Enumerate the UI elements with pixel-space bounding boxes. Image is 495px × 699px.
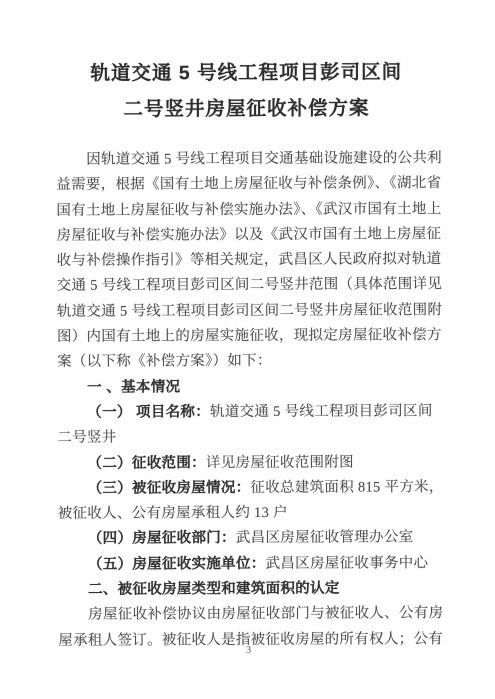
text-run: 武昌区房屋征收管理办公室 [236,530,414,547]
text-line: 二号竖井 [57,424,449,451]
text-line: 交通 5 号线工程项目彭司区间二号竖井范围（具体范围详见 [57,273,449,300]
document-body: 因轨道交通 5 号线工程项目交通基础设施建设的公共利益需要，根据《国有土地上房屋… [56,146,450,654]
text-line: （二）征收范围：详见房屋征收范围附图 [57,450,449,477]
text-run: 二号竖井 [57,430,116,446]
text-run: 武昌区房屋征收事务中心 [266,555,429,572]
text-line: 房屋征收补偿协议由房屋征收部门与被征收人、公有房 [58,601,450,628]
text-line: 案（以下称《补偿方案》）如下： [57,348,449,375]
bold-text-run: （三）被征收房屋情况： [88,480,251,497]
text-run: 国有土地上房屋征收与补偿实施办法》、《武汉市国有土地上 [56,201,441,219]
text-line: 图）内国有土地上的房屋实施征收，现拟定房屋征收补偿方 [57,323,449,350]
text-line: 二、被征收房屋类型和建筑面积的认定 [58,576,450,603]
document-title-line-1: 轨道交通 5 号线工程项目彭司区间 [0,54,494,92]
text-run: 被征收人、公有房屋承租人约 13 户 [58,505,288,522]
text-run: 图）内国有土地上的房屋实施征收，现拟定房屋征收补偿方 [57,327,442,345]
text-line: 收与补偿操作指引》等相关规定，武昌区人民政府拟对轨道 [57,247,449,274]
bold-text-run: 二、被征收房屋类型和建筑面积的认定 [88,581,340,598]
text-line: 房屋征收与补偿实施办法》以及《武汉市国有土地上房屋征 [56,222,448,249]
page-number: 3 [1,644,495,657]
text-line: 被征收人、公有房屋承租人约 13 户 [58,500,450,527]
bold-text-run: 一 、基本情况 [87,379,180,395]
text-line: 益需要，根据《国有土地上房屋征收与补偿条例》、《湖北省 [56,171,448,198]
bold-text-run: （四）房屋征收部门： [88,531,236,548]
text-line: 一 、基本情况 [57,374,449,401]
text-run: 因轨道交通 5 号线工程项目交通基础设施建设的公共利 [86,150,442,168]
text-run: 征收总建筑面积 815 平方米， [250,479,443,496]
text-line: 因轨道交通 5 号线工程项目交通基础设施建设的公共利 [56,146,448,173]
text-run: 交通 5 号线工程项目彭司区间二号竖井范围（具体范围详见 [57,277,442,295]
text-run: 房屋征收与补偿实施办法》以及《武汉市国有土地上房屋征 [56,226,441,244]
bold-text-run: （五）房屋征收实施单位： [88,556,266,573]
bold-text-run: （一） 项目名称： [87,404,210,421]
text-run: 房屋征收补偿协议由房屋征收部门与被征收人、公有房 [88,605,443,623]
text-line: （一） 项目名称：轨道交通 5 号线工程项目彭司区间 [57,399,449,426]
bold-text-run: （二）征收范围： [87,455,205,472]
text-run: 案（以下称《补偿方案》）如下： [57,353,272,370]
document-title: 轨道交通 5 号线工程项目彭司区间 二号竖井房屋征收补偿方案 [0,54,494,128]
text-run: 收与补偿操作指引》等相关规定，武昌区人民政府拟对轨道 [57,251,442,269]
text-line: 轨道交通 5 号线工程项目彭司区间二号竖井房屋征收范围附 [57,298,449,325]
scanned-page-content: 轨道交通 5 号线工程项目彭司区间 二号竖井房屋征收补偿方案 因轨道交通 5 号… [0,0,495,699]
text-run: 轨道交通 5 号线工程项目彭司区间二号竖井房屋征收范围附 [57,302,442,320]
document-title-line-2: 二号竖井房屋征收补偿方案 [0,90,494,128]
text-line: （五）房屋征收实施单位：武昌区房屋征收事务中心 [58,551,450,578]
document-page: 轨道交通 5 号线工程项目彭司区间 二号竖井房屋征收补偿方案 因轨道交通 5 号… [0,0,495,699]
text-line: 国有土地上房屋征收与补偿实施办法》、《武汉市国有土地上 [56,197,448,224]
text-run: 益需要，根据《国有土地上房屋征收与补偿条例》、《湖北省 [56,175,441,193]
text-line: （三）被征收房屋情况：征收总建筑面积 815 平方米， [58,475,450,502]
text-line: （四）房屋征收部门：武昌区房屋征收管理办公室 [58,526,450,553]
text-run: 详见房屋征收范围附图 [206,454,354,471]
text-run: 轨道交通 5 号线工程项目彭司区间 [210,403,433,420]
